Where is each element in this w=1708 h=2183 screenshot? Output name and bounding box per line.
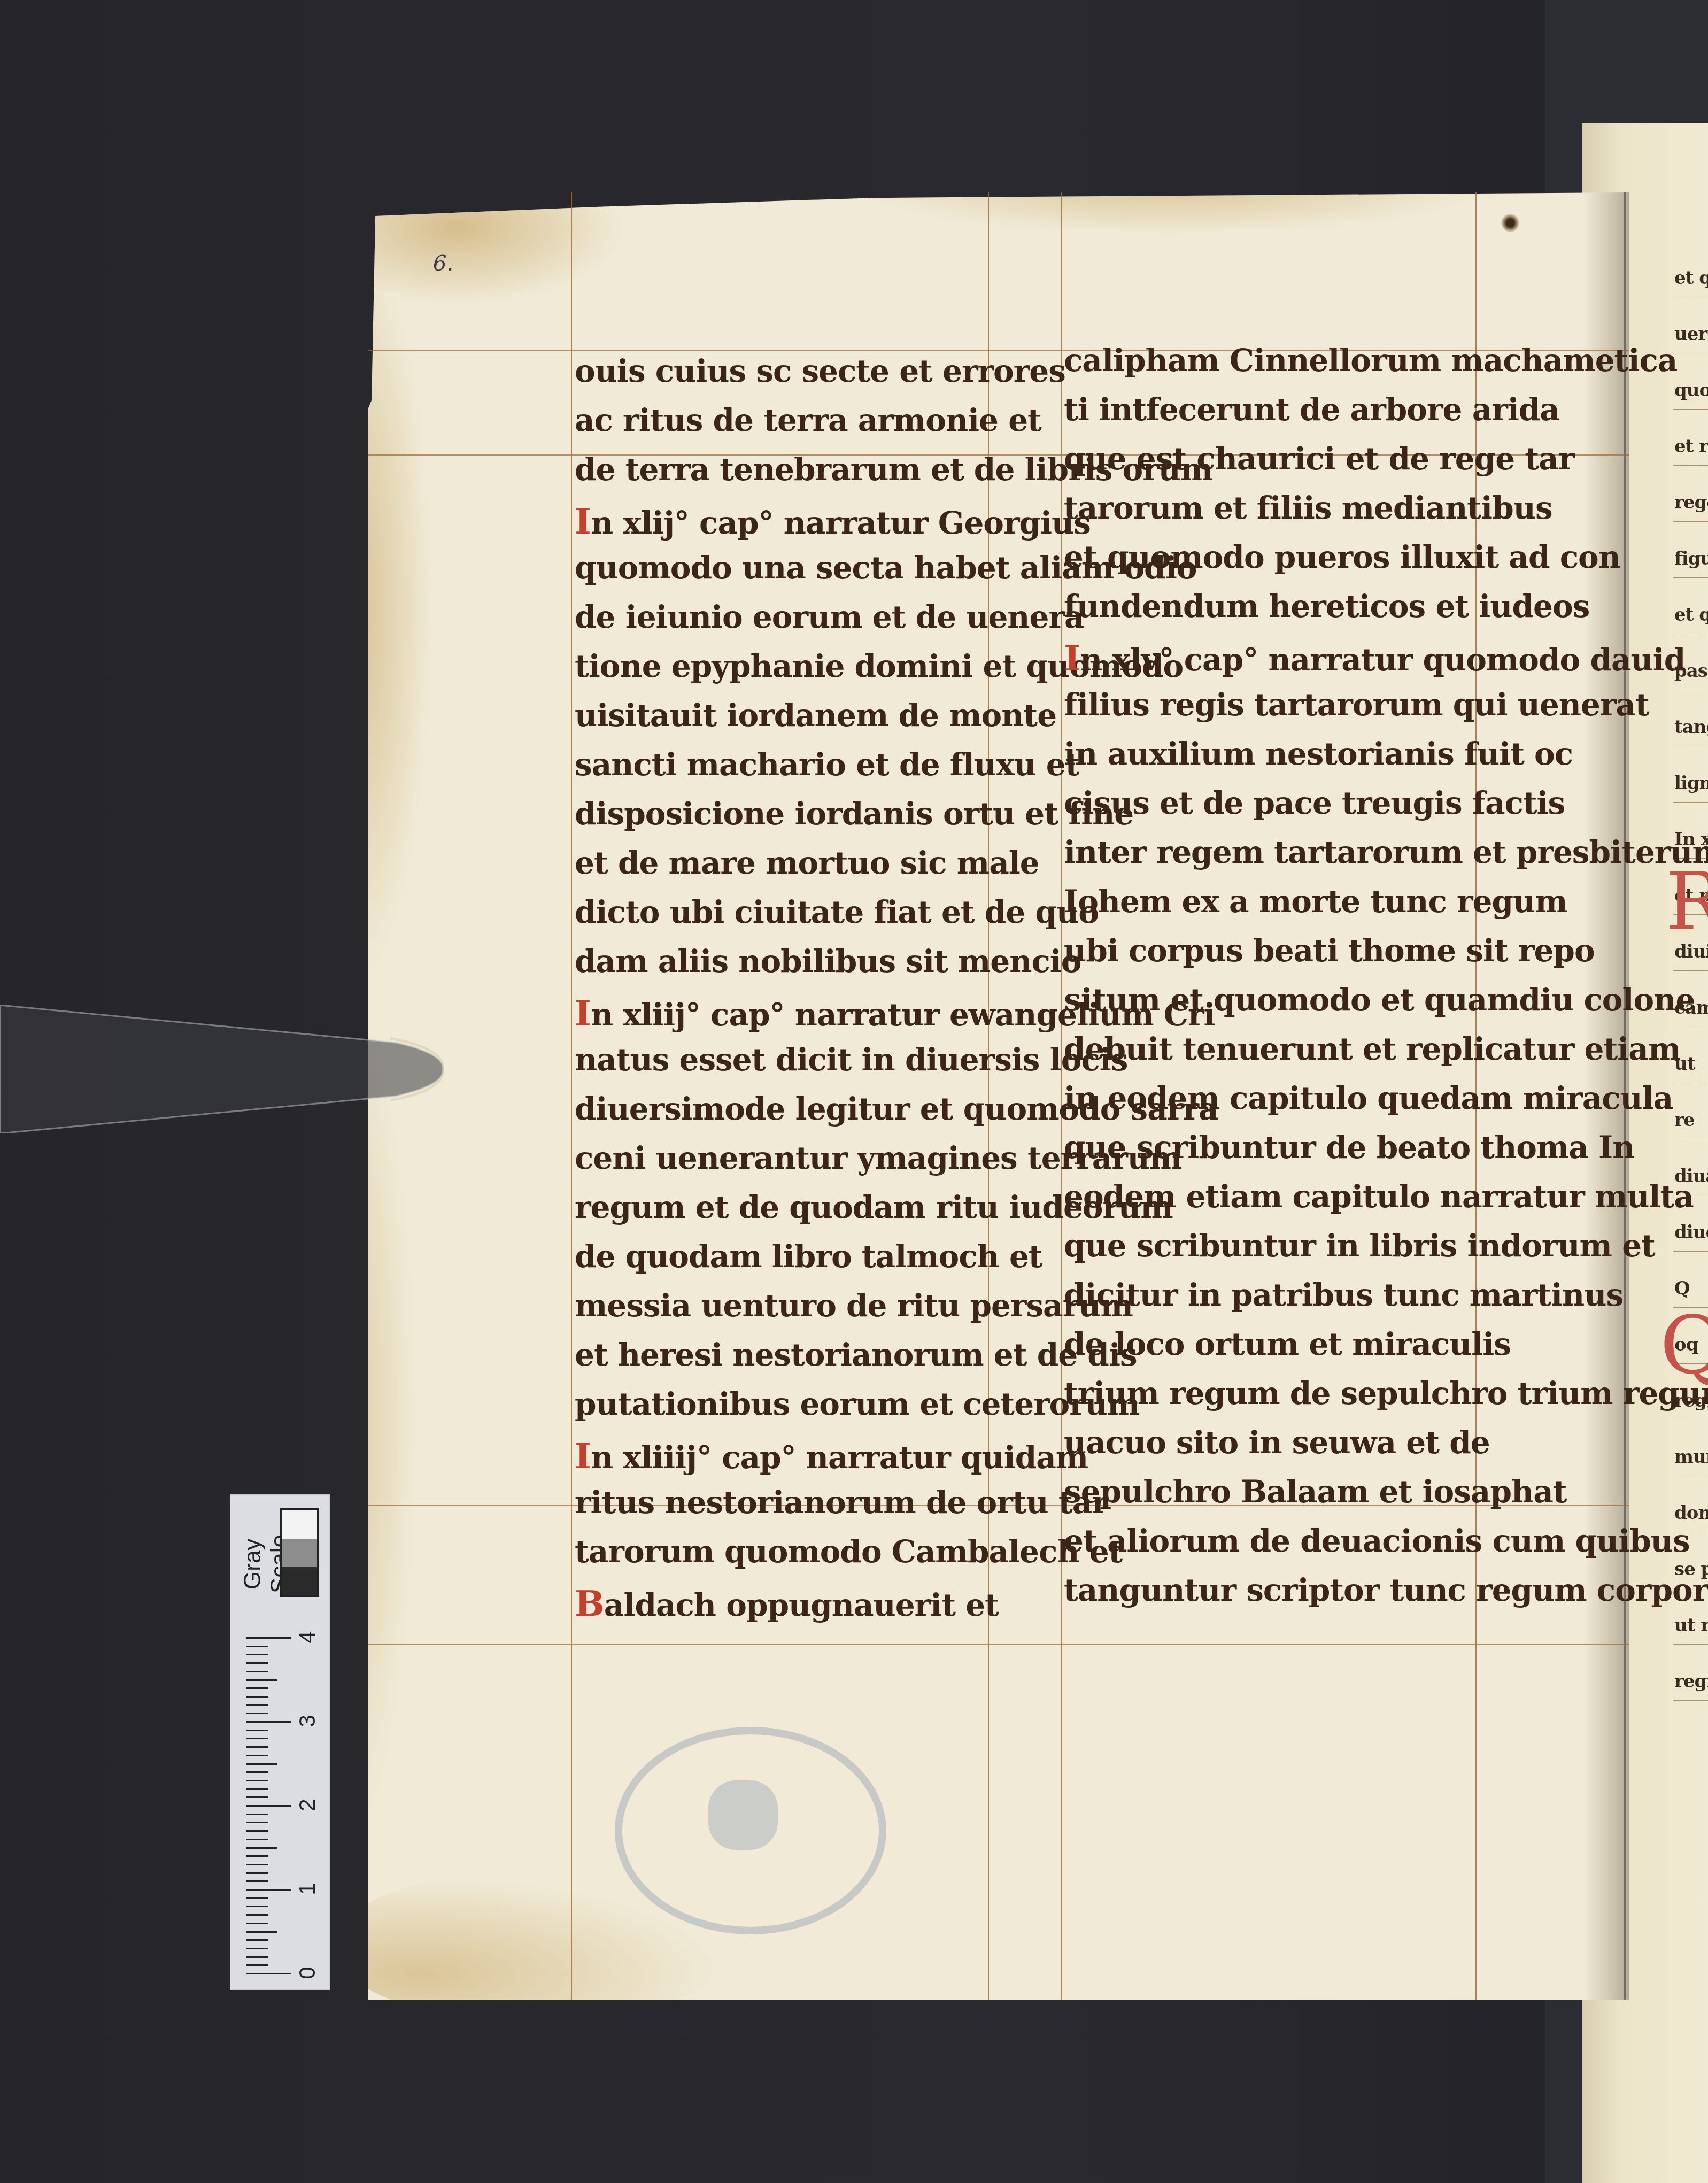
facing-ruling (1673, 465, 1708, 466)
left-text-column: ouis cuius sc secte et erroresac ritus d… (575, 353, 997, 1647)
facing-ruling (1673, 1420, 1708, 1420)
ink-spot (1501, 214, 1519, 232)
ruler-tick (246, 1880, 268, 1882)
facing-text-fragment: et rit (1674, 436, 1708, 457)
facing-ruling (1673, 1027, 1708, 1027)
ruler-tick (246, 1964, 268, 1966)
ruler-tick (246, 1713, 268, 1714)
text-line: uacuo sito in seuwa et de (1064, 1424, 1490, 1461)
ruler-tick (246, 1889, 291, 1891)
text-line: de ieiunio eorum et de uenera (575, 599, 1084, 635)
ruling-left-outer (571, 192, 572, 2000)
text-line: tarorum et filiis mediantibus (1064, 490, 1552, 526)
ruler-tick (246, 1687, 268, 1689)
ruler-tick (246, 1637, 291, 1639)
text-line: debuit tenuerunt et replicatur etiam (1064, 1031, 1680, 1067)
swatch-mid-gray (280, 1539, 319, 1567)
facing-text-fragment: et quo (1674, 604, 1708, 626)
text-line: et aliorum de deuacionis cum quibus (1064, 1523, 1690, 1559)
facing-text-fragment: quo q (1674, 380, 1708, 401)
facing-text-fragment: figure (1674, 548, 1708, 569)
ruler-tick (246, 1662, 268, 1664)
ruler-tick (246, 1872, 268, 1874)
facing-ruling (1673, 577, 1708, 578)
facing-text-fragment: tanguit (1674, 716, 1708, 738)
gray-scale-title: Gray Scale (239, 1513, 272, 1615)
text-line: in auxilium nestorianis fuit oc (1064, 736, 1573, 772)
ruler-tick (246, 1805, 291, 1807)
facing-text-fragment: Q (1674, 1278, 1690, 1299)
swatch-white (280, 1508, 319, 1539)
facing-ruling (1673, 634, 1708, 634)
ruler-tick (246, 1839, 268, 1840)
ruler-tick (246, 1939, 268, 1941)
ruler-unit-label: 4 (295, 1626, 320, 1648)
text-line: ti intfecerunt de arbore arida (1064, 391, 1559, 428)
text-line: situm et quomodo et quamdiu colone (1064, 982, 1695, 1018)
text-line: tanguntur scriptor tunc regum corpora (1064, 1572, 1708, 1608)
text-line: ouis cuius sc secte et errores (575, 353, 1065, 389)
text-line: dicitur in patribus tunc martinus (1064, 1277, 1623, 1313)
facing-ruling (1673, 1476, 1708, 1476)
folio-number: 6. (433, 251, 453, 276)
text-line: Baldach oppugnauerit et (575, 1583, 999, 1624)
facing-decorated-initial: R (1665, 855, 1708, 948)
facing-ruling (1673, 409, 1708, 410)
text-line: sancti machario et de fluxu et (575, 746, 1079, 783)
rubricated-initial: B (575, 1583, 604, 1624)
facing-ruling (1673, 1644, 1708, 1645)
text-line: ac ritus de terra armonie et (575, 402, 1041, 438)
facing-text-fragment: donis (1674, 1502, 1708, 1524)
text-line: inter regem tartarorum et presbiterum (1064, 834, 1708, 870)
text-line: in eodem capitulo quedam miracula (1064, 1080, 1673, 1116)
ruler-tick (246, 1679, 277, 1681)
facing-ruling (1673, 353, 1708, 353)
ruler-tick (246, 1755, 268, 1756)
ruler-tick (246, 1855, 268, 1857)
swatch-black (280, 1567, 319, 1597)
ruler-tick (246, 1923, 268, 1924)
ruler-tick (246, 1906, 268, 1907)
ruler-tick (246, 1771, 268, 1773)
ruler-tick (246, 1671, 268, 1672)
facing-text-fragment: reges (1674, 492, 1708, 513)
text-line: trium regum de sepulchro trium regum (1064, 1375, 1708, 1411)
ruler-tick (246, 1814, 268, 1815)
text-line: dam aliis nobilibus sit mencio (575, 943, 1081, 979)
ruler-tick (246, 1956, 268, 1958)
facing-text-fragment: mundo (1674, 1446, 1708, 1468)
text-line: et quomodo pueros illuxit ad con (1064, 539, 1620, 575)
right-text-column: calipham Cinnellorum machameticati intfe… (1064, 342, 1491, 1657)
ruler-unit-label: 0 (295, 1962, 320, 1984)
facing-text-fragment: ut reg (1674, 1615, 1708, 1636)
facing-ruling (1673, 1251, 1708, 1252)
text-line: Iohem ex a morte tunc regum (1064, 883, 1567, 920)
facing-ruling (1673, 1139, 1708, 1139)
ruler-tick (246, 1864, 268, 1865)
ruler-unit-label: 1 (295, 1878, 320, 1900)
ruler-tick (246, 1796, 268, 1798)
facing-ruling (1673, 802, 1708, 803)
ruler-tick (246, 1948, 268, 1949)
text-line: natus esset dicit in diuersis locis (575, 1042, 1127, 1078)
text-line: et de mare mortuo sic male (575, 845, 1039, 881)
ruler-tick (246, 1738, 268, 1739)
ruler-tick (246, 1788, 268, 1790)
text-line: calipham Cinnellorum machametica (1064, 342, 1677, 379)
facing-ruling (1673, 1083, 1708, 1083)
ruler-tick (246, 1897, 268, 1899)
facing-decorated-initial: Q (1660, 1299, 1708, 1392)
ruler-tick (246, 1730, 268, 1731)
facing-ruling (1673, 970, 1708, 971)
text-line: tarorum quomodo Cambalech et (575, 1533, 1122, 1570)
text-line: sepulchro Balaam et iosaphat (1064, 1474, 1567, 1510)
text-line: disposicione iordanis ortu et fine (575, 796, 1133, 832)
text-line: de loco ortum et miraculis (1064, 1326, 1511, 1362)
facing-text-fragment: regis (1674, 1671, 1708, 1692)
ruler-tick (246, 1822, 268, 1823)
facing-ruling (1673, 746, 1708, 746)
facing-text-fragment: diuers (1674, 1222, 1708, 1243)
ruler-unit-label: 3 (295, 1710, 320, 1732)
ruler-tick (246, 1973, 291, 1974)
text-line: filius regis tartarorum qui uenerat (1064, 686, 1649, 723)
ruler-tick (246, 1847, 277, 1849)
facing-text-fragment: uere (1674, 323, 1708, 345)
ruler-tick (246, 1763, 277, 1765)
text-line: et heresi nestorianorum et de dis (575, 1337, 1137, 1373)
text-line: In xlv° cap° narratur quomodo dauid (1064, 637, 1685, 679)
text-line: que scribuntur de beato thoma In (1064, 1129, 1634, 1166)
ruler-tick (246, 1914, 268, 1916)
facing-text-fragment: re (1674, 1109, 1695, 1131)
text-line: In xliiij° cap° narratur quidam (575, 1435, 1088, 1477)
plastic-page-clip (0, 1005, 444, 1133)
ruler-unit-label: 2 (295, 1794, 320, 1816)
ruler-tick (246, 1696, 268, 1698)
text-line: fundendum hereticos et iudeos (1064, 588, 1589, 624)
text-line: uisitauit iordanem de monte (575, 697, 1056, 734)
facing-text-fragment: ligna (1674, 773, 1708, 794)
facing-ruling (1673, 1700, 1708, 1701)
rubricated-initial: I (575, 992, 591, 1034)
facing-text-fragment: et quo (1674, 267, 1708, 289)
text-line: dicto ubi ciuitate fiat et de quo (575, 894, 1099, 930)
ruler-tick (246, 1654, 268, 1655)
ruler-tick (246, 1646, 268, 1647)
text-line: que est chaurici et de rege tar (1064, 441, 1574, 477)
rubricated-initial: I (575, 500, 591, 542)
text-line: eodem etiam capitulo narratur multa (1064, 1178, 1694, 1215)
rubricated-initial: I (575, 1435, 591, 1477)
text-line: ritus nestorianorum de ortu tar (575, 1484, 1108, 1521)
library-stamp-emblem (708, 1780, 778, 1850)
ruler-tick (246, 1721, 291, 1723)
ruler-tick (246, 1780, 268, 1781)
rubricated-initial: I (1064, 637, 1080, 679)
facing-ruling (1673, 297, 1708, 297)
ruler-tick (246, 1746, 268, 1748)
facing-ruling (1673, 521, 1708, 522)
ruler-tick (246, 1830, 268, 1832)
ruler-tick (246, 1704, 268, 1706)
ruler-tick (246, 1931, 277, 1933)
text-line: messia uenturo de ritu persarum (575, 1287, 1133, 1324)
text-line: In xlij° cap° narratur Georgius (575, 500, 1091, 542)
text-line: de quodam libro talmoch et (575, 1238, 1042, 1275)
text-line: putationibus eorum et ceterorum (575, 1386, 1139, 1422)
text-line: cisus et de pace treugis factis (1064, 785, 1565, 821)
text-line: ubi corpus beati thome sit repo (1064, 932, 1595, 969)
facing-ruling (1673, 690, 1708, 690)
text-line: que scribuntur in libris indorum et (1064, 1228, 1655, 1264)
